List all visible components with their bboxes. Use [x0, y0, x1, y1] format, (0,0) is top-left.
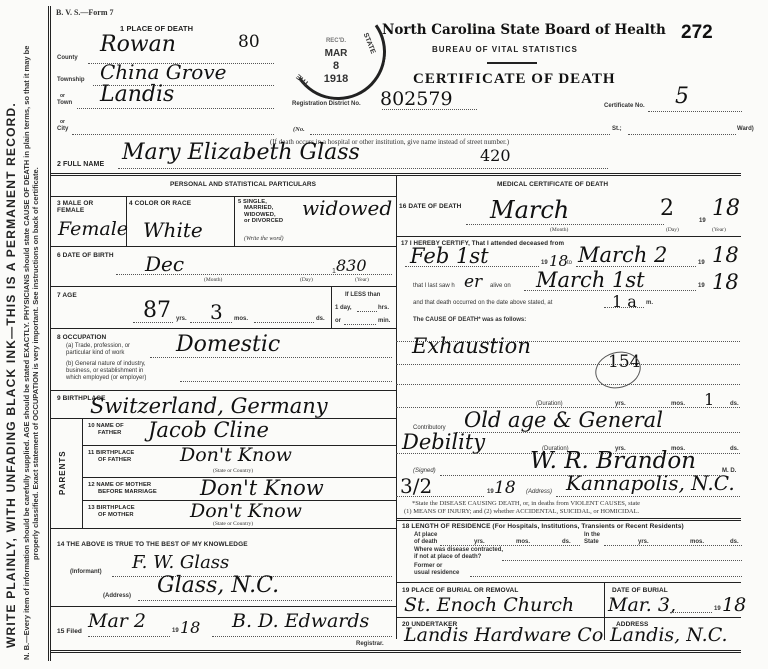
dod-year-prefix: 19 [699, 218, 706, 224]
occupation-a-line [150, 357, 392, 358]
dod-year-hint: (Year) [712, 227, 726, 233]
informant-address-value: Glass, N.C. [157, 573, 279, 598]
town-or-label: or [60, 93, 65, 99]
reg-district-label: Registration District No. [292, 101, 361, 107]
parents-side-label: PARENTS [58, 450, 67, 495]
burial-place-value: St. Enoch Church [404, 594, 574, 616]
header-divider [487, 62, 537, 64]
residence-mos-label: mos. [516, 539, 530, 545]
bureau-name: BUREAU OF VITAL STATISTICS [432, 45, 578, 54]
town-line [77, 108, 274, 109]
father-birthplace-hint: (State or Country) [213, 468, 253, 474]
signed-address-line [556, 496, 740, 497]
dob-month-value: Dec [145, 252, 184, 276]
row-divider [396, 617, 741, 618]
to-label: to [567, 260, 572, 266]
hrs-label: hrs. [378, 305, 389, 311]
month-hint: (Month) [204, 277, 222, 283]
father-name-label: 10 NAME OF FATHER [88, 423, 124, 437]
undertaker-address-value: Landis, N.C. [610, 624, 728, 646]
row-divider [396, 236, 741, 237]
burial-year-prefix: 19 [714, 606, 721, 612]
father-birthplace-value: Don't Know [180, 444, 292, 466]
town-label: Town [57, 100, 72, 106]
last-saw-pronoun: er [464, 272, 482, 292]
cell-divider [604, 582, 605, 640]
contracted-line [502, 560, 742, 561]
certificate-title: CERTIFICATE OF DEATH [413, 71, 616, 88]
row-divider [51, 246, 396, 247]
stamp-month: MAR [316, 48, 356, 59]
dod-month-hint: (Month) [550, 227, 568, 233]
marital-label: 5 SINGLE, MARRIED, WIDOWED, or DIVORCED [238, 199, 283, 225]
cause-label: The CAUSE OF DEATH* was as follows: [413, 317, 526, 323]
reg-district-value: 802579 [380, 88, 453, 110]
burial-place-label: 19 PLACE OF BURIAL OR REMOVAL [402, 587, 518, 594]
filed-date-value: Mar 2 [88, 610, 146, 632]
certificate-no-line [648, 111, 742, 112]
row-divider [51, 286, 396, 287]
informant-address-line [138, 600, 392, 601]
cause-footnote: *State the DISEASE CAUSING DEATH, or, in… [404, 500, 640, 516]
attended-from-value: Feb 1st [410, 244, 489, 268]
attended-to-year-prefix: 19 [698, 260, 705, 266]
residence-state-yrs-label: yrs. [638, 539, 649, 545]
medical-heading: MEDICAL CERTIFICATE OF DEATH [497, 181, 608, 188]
burial-year-value: 18 [722, 594, 746, 616]
attended-to-year: 18 [712, 243, 739, 267]
bottom-rule-right [396, 650, 741, 653]
ward-line [628, 134, 736, 135]
last-saw-value: March 1st [536, 268, 645, 292]
contributory-ds-label: ds. [730, 446, 739, 452]
day-label: 1 day, [335, 305, 352, 311]
row-divider [51, 328, 396, 329]
age-years-value: 87 [143, 298, 171, 323]
father-name-value: Jacob Cline [148, 418, 269, 442]
mother-name-value: Don't Know [200, 476, 324, 500]
sex-label: 3 MALE OR FEMALE [57, 200, 117, 214]
marital-value: widowed [302, 196, 392, 220]
min-line [344, 324, 376, 325]
row-divider [51, 390, 396, 391]
row-divider [396, 582, 741, 583]
street-no-label: (No. [293, 126, 305, 133]
contributory-value-1: Old age & General [464, 408, 663, 432]
residence-heading: 18 LENGTH OF RESIDENCE (For Hospitals, I… [402, 523, 684, 530]
filed-year-prefix: 19 [172, 628, 179, 634]
last-saw-year-prefix: 19 [698, 283, 705, 289]
cause-line-2 [396, 364, 740, 365]
county-note: 80 [238, 32, 260, 52]
marital-hint: (Write the word) [244, 236, 283, 242]
duration-ds-label: ds. [730, 401, 739, 407]
sign-date-line [396, 496, 484, 497]
full-name-note: 420 [480, 146, 511, 165]
full-name-line [118, 168, 608, 169]
attended-to-value: March 2 [578, 243, 667, 267]
sign-date-value: 3/2 [400, 474, 432, 498]
occupation-a-label: (a) Trade, profession, or particular kin… [66, 343, 130, 357]
year-hint: (Year) [355, 277, 369, 283]
registrar-line [212, 636, 392, 637]
yrs-label: yrs. [176, 316, 187, 322]
mother-name-label: 12 NAME OF MOTHER BEFORE MARRIAGE [88, 482, 157, 496]
age-days-line [254, 322, 314, 323]
birthplace-value: Switzerland, Germany [90, 394, 328, 418]
sign-year-prefix: 19 [487, 489, 494, 495]
filed-date-line [88, 636, 170, 637]
occupation-a-value: Domestic [176, 332, 280, 357]
township-value: China Grove [100, 60, 226, 84]
stamp-top: REC'D. [316, 38, 356, 44]
informant-heading: 14 THE ABOVE IS TRUE TO THE BEST OF MY K… [57, 541, 248, 548]
certificate-no-label: Certificate No. [604, 103, 645, 109]
race-value: White [143, 218, 203, 242]
town-value: Landis [100, 82, 174, 107]
former-residence-label: Former or usual residence [414, 563, 459, 577]
signed-address-label: (Address) [526, 489, 552, 495]
row-divider [51, 606, 396, 607]
attended-from-year-prefix: 19 [541, 260, 548, 266]
duration-yrs-label: yrs. [615, 401, 626, 407]
full-name-value: Mary Elizabeth Glass [122, 140, 360, 165]
last-saw-label-a: that I last saw h [413, 283, 455, 289]
ward-label: Ward) [737, 126, 754, 132]
dod-year-value: 18 [712, 196, 740, 221]
registrar-value: B. D. Edwards [232, 610, 369, 632]
mother-birthplace-hint: (State or Country) [213, 521, 253, 527]
min-label: min. [378, 318, 390, 324]
city-line [72, 134, 274, 135]
dob-year-value: 830 [336, 256, 367, 275]
cause-value: Exhaustion [412, 334, 531, 358]
residence-yrs-label: yrs. [474, 539, 485, 545]
full-name-label: 2 FULL NAME [57, 161, 104, 168]
permanent-record-notice: WRITE PLAINLY, WITH UNFADING BLACK INK—T… [4, 102, 18, 648]
nb-instructions-line-2: properly classified. Exact statement of … [31, 167, 40, 560]
death-time-value: 1 a [612, 292, 637, 311]
dob-label: 6 DATE OF BIRTH [57, 252, 114, 259]
personal-heading: PERSONAL AND STATISTICAL PARTICULARS [170, 181, 316, 188]
dod-month-value: March [490, 196, 569, 224]
contracted-label: Where was disease contracted, if not at … [414, 547, 503, 561]
mos-label: mos. [234, 316, 248, 322]
duration-days-value: 1 [704, 390, 714, 409]
dod-line [466, 224, 664, 225]
last-saw-year: 18 [712, 270, 739, 294]
filed-label: 15 Filed [57, 628, 82, 635]
city-label: City [57, 126, 68, 132]
less-than-label: If LESS than [345, 292, 380, 298]
informant-label: (Informant) [70, 569, 102, 575]
registrar-label: Registrar. [356, 641, 384, 647]
death-time-label: and that death occurred on the date abov… [413, 300, 552, 306]
residence-at-place-line [440, 545, 580, 546]
stamp-day: 8 [316, 60, 356, 72]
residence-at-place-label: At place of death [414, 532, 437, 546]
cause-line-3 [396, 384, 740, 385]
stamp-year: 1918 [316, 73, 356, 85]
county-label: County [57, 55, 78, 61]
duration-label: (Duration) [536, 401, 563, 407]
race-label: 4 COLOR OR RACE [129, 200, 191, 207]
mother-birthplace-label: 13 BIRTHPLACE OF MOTHER [88, 505, 135, 519]
residence-state-mos-label: mos. [690, 539, 704, 545]
burial-date-value: Mar. 3, [608, 594, 676, 616]
row-divider [396, 518, 741, 521]
cell-divider [331, 286, 332, 328]
nb-instructions-line-1: N. B.—Every item of information should b… [22, 46, 31, 660]
age-label: 7 AGE [57, 292, 77, 299]
page-number: 272 [681, 22, 713, 44]
street-line [310, 134, 610, 135]
ds-label: ds. [316, 316, 325, 322]
occupation-b-line [180, 381, 392, 382]
parents-divider [82, 418, 83, 528]
duration-mos-label: mos. [671, 401, 685, 407]
bottom-rule-left [51, 650, 396, 653]
occupation-label: 8 OCCUPATION [57, 334, 106, 341]
township-label: Township [57, 77, 85, 83]
father-birthplace-label: 11 BIRTHPLACE OF FATHER [88, 450, 134, 464]
residence-state-ds-label: ds. [730, 539, 739, 545]
hrs-line [357, 311, 377, 312]
dod-day-hint: (Day) [666, 227, 679, 233]
board-name: North Carolina State Board of Health [382, 22, 666, 38]
m-label: m. [646, 300, 653, 306]
cell-divider [234, 196, 235, 246]
burial-date-label: DATE OF BURIAL [612, 587, 668, 594]
city-or-label: or [60, 119, 65, 125]
st-label: St.; [612, 126, 622, 132]
mother-birthplace-value: Don't Know [190, 500, 302, 522]
residence-state-label: In the State [584, 532, 600, 546]
margin-instructions: WRITE PLAINLY, WITH UNFADING BLACK INK—T… [0, 0, 48, 669]
last-saw-label-b: alive on [490, 283, 511, 289]
contributory-line [456, 432, 740, 433]
certificate-no-value: 5 [675, 84, 689, 109]
or-label: or [335, 318, 341, 324]
informant-value: F. W. Glass [132, 552, 229, 573]
form-id: B. V. S.—Form 7 [56, 8, 114, 17]
sign-year-value: 18 [494, 478, 516, 498]
filed-year-value: 18 [180, 618, 200, 637]
day-hint: (Day) [300, 277, 313, 283]
signed-address-value: Kannapolis, N.C. [566, 471, 735, 495]
residence-ds-label: ds. [562, 539, 571, 545]
occupation-b-label: (b) General nature of industry, business… [66, 361, 146, 382]
informant-address-label: (Address) [103, 593, 131, 599]
undertaker-value: Landis Hardware Co [404, 624, 603, 646]
residence-state-line [604, 545, 742, 546]
county-value: Rowan [100, 32, 176, 57]
former-residence-line [470, 576, 742, 577]
contributory-value-2: Debility [402, 430, 485, 454]
burial-date-line [670, 612, 712, 613]
dod-label: 16 DATE OF DEATH [399, 203, 461, 210]
sex-value: Female [58, 218, 128, 240]
row-divider [51, 528, 396, 529]
dod-day-value: 2 [660, 196, 674, 221]
age-months-value: 3 [210, 300, 223, 324]
